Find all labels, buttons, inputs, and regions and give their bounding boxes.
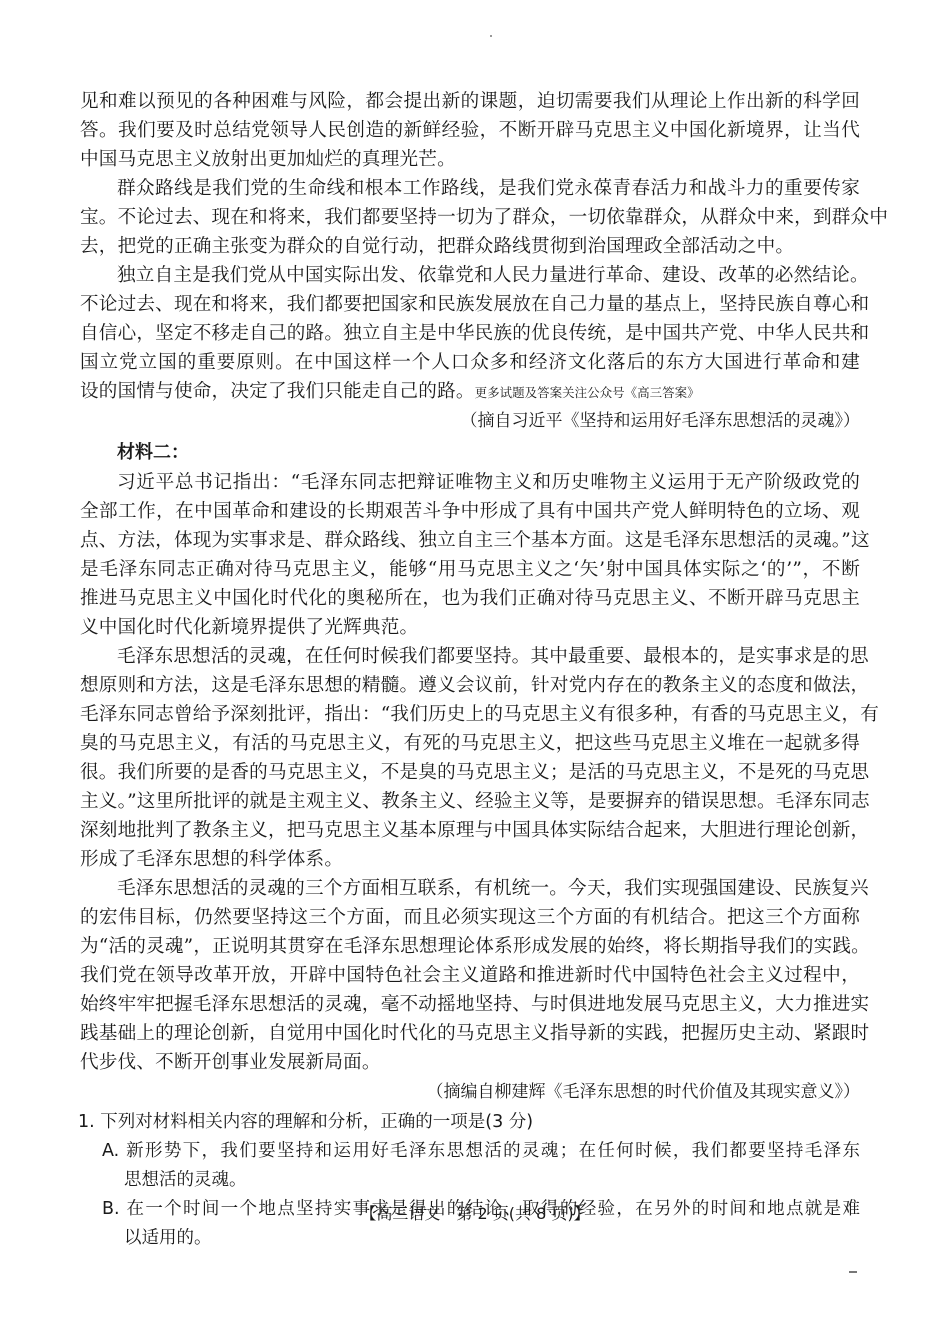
text-line: 主义。”这里所批评的就是主观主义、教条主义、经验主义等，是要摒弃的错误思想。毛泽… [80,787,860,816]
text-line: 臭的马克思主义，有活的马克思主义，有死的马克思主义，把这些马克思主义堆在一起就多… [80,729,860,758]
paragraph-continuation: 见和难以预见的各种困难与风险，都会提出新的课题，迫切需要我们从理论上作出新的科学… [80,87,860,174]
option-a-continued: 思想活的灵魂。 [80,1166,860,1195]
text-line: 群众路线是我们党的生命线和根本工作路线，是我们党永葆青春活力和战斗力的重要传家 [80,174,860,203]
exam-page-body: 见和难以预见的各种困难与风险，都会提出新的课题，迫切需要我们从理论上作出新的科学… [80,87,860,1253]
text-line: 自信心，坚定不移走自己的路。独立自主是中华民族的优良传统，是中国共产党、中华人民… [80,319,860,348]
paragraph-material-2-1: 习近平总书记指出：“毛泽东同志把辩证唯物主义和历史唯物主义运用于无产阶级政党的 … [80,468,860,642]
text-line: 践基础上的理论创新，自觉用中国化时代化的马克思主义指导新的实践，把握历史主动、紧… [80,1019,860,1048]
option-b-continued: 以适用的。 [80,1224,860,1253]
text-line: 国立党立国的重要原则。在中国这样一个人口众多和经济文化落后的东方大国进行革命和建 [80,348,860,377]
text-line: 代步伐、不断开创事业发展新局面。 [80,1048,860,1077]
text-line: 独立自主是我们党从中国实际出发、依靠党和人民力量进行革命、建设、改革的必然结论。 [80,261,860,290]
text-line: 我们党在领导改革开放，开辟中国特色社会主义道路和推进新时代中国特色社会主义过程中… [80,961,860,990]
text-line: 义中国化时代化新境界提供了光辉典范。 [80,613,860,642]
text-line: 很。我们所要的是香的马克思主义，不是臭的马克思主义；是活的马克思主义，不是死的马… [80,758,860,787]
question-stem: 1. 下列对材料相关内容的理解和分析，正确的一项是(3 分) [78,1108,860,1137]
text-line: 为“活的灵魂”，正说明其贯穿在毛泽东思想理论体系形成发展的始终，将长期指导我们的… [80,932,860,961]
text-line: 中国马克思主义放射出更加灿烂的真理光芒。 [80,145,860,174]
source-citation-2: （摘编自柳建辉《毛泽东思想的时代价值及其现实意义》） [80,1077,860,1108]
text-line: 见和难以预见的各种困难与风险，都会提出新的课题，迫切需要我们从理论上作出新的科学… [80,87,860,116]
text-line: 的宏伟目标，仍然要坚持这三个方面，而且必须实现这三个方面的有机结合。把这三个方面… [80,903,860,932]
paragraph-mass-line: 群众路线是我们党的生命线和根本工作路线，是我们党永葆青春活力和战斗力的重要传家 … [80,174,860,261]
paragraph-independence: 独立自主是我们党从中国实际出发、依靠党和人民力量进行革命、建设、改革的必然结论。… [80,261,860,406]
text-line: 是毛泽东同志正确对待马克思主义，能够“用马克思主义之‘矢’射中国具体实际之‘的’… [80,555,860,584]
text-line: 宝。不论过去、现在和将来，我们都要坚持一切为了群众，一切依靠群众，从群众中来，到… [80,203,860,232]
text-line: 毛泽东思想活的灵魂的三个方面相互联系，有机统一。今天，我们实现强国建设、民族复兴 [80,874,860,903]
scan-speck [490,35,492,37]
text-segment: 设的国情与使命，决定了我们只能走自己的路。 [80,381,475,402]
text-line: 答。我们要及时总结党领导人民创造的新鲜经验，不断开辟马克思主义中国化新境界，让当… [80,116,860,145]
text-line: 不论过去、现在和将来，我们都要把国家和民族发展放在自己力量的基点上，坚持民族自尊… [80,290,860,319]
text-line: 想原则和方法，这是毛泽东思想的精髓。遵义会议前，针对党内存在的教条主义的态度和做… [80,671,860,700]
source-citation-1: （摘自习近平《坚持和运用好毛泽东思想活的灵魂》） [80,406,860,437]
text-line: 毛泽东思想活的灵魂，在任何时候我们都要坚持。其中最重要、最根本的，是实事求是的思 [80,642,860,671]
text-line: 全部工作，在中国革命和建设的长期艰苦斗争中形成了具有中国共产党人鲜明特色的立场、… [80,497,860,526]
option-a: A. 新形势下，我们要坚持和运用好毛泽东思想活的灵魂；在任何时候，我们都要坚持毛… [80,1137,860,1166]
text-line: 始终牢牢把握毛泽东思想活的灵魂，毫不动摇地坚持、与时俱进地发展马克思主义，大力推… [80,990,860,1019]
page-footer: 【高三语文 第 2 页(共 8 页)】 [0,1201,950,1224]
question-1: 1. 下列对材料相关内容的理解和分析，正确的一项是(3 分) A. 新形势下，我… [80,1108,860,1253]
paragraph-material-2-3: 毛泽东思想活的灵魂的三个方面相互联系，有机统一。今天，我们实现强国建设、民族复兴… [80,874,860,1077]
text-line: 形成了毛泽东思想的科学体系。 [80,845,860,874]
text-line: 深刻地批判了教条主义，把马克思主义基本原理与中国具体实际结合起来，大胆进行理论创… [80,816,860,845]
paragraph-material-2-2: 毛泽东思想活的灵魂，在任何时候我们都要坚持。其中最重要、最根本的，是实事求是的思… [80,642,860,874]
text-line: 毛泽东同志曾给予深刻批评，指出：“我们历史上的马克思主义有很多种，有香的马克思主… [80,700,860,729]
watermark-note: 更多试题及答案关注公众号《高三答案》 [475,385,700,400]
text-line: 点、方法，体现为实事求是、群众路线、独立自主三个基本方面。这是毛泽东思想活的灵魂… [80,526,860,555]
text-line: 习近平总书记指出：“毛泽东同志把辩证唯物主义和历史唯物主义运用于无产阶级政党的 [80,468,860,497]
material-2-heading: 材料二： [80,437,860,468]
text-line: 去，把党的正确主张变为群众的自觉行动，把群众路线贯彻到治国理政全部活动之中。 [80,232,860,261]
text-line: 推进马克思主义中国化时代化的奥秘所在，也为我们正确对待马克思主义、不断开辟马克思… [80,584,860,613]
text-line: 设的国情与使命，决定了我们只能走自己的路。更多试题及答案关注公众号《高三答案》 [80,377,860,406]
scan-mark [849,1271,857,1273]
